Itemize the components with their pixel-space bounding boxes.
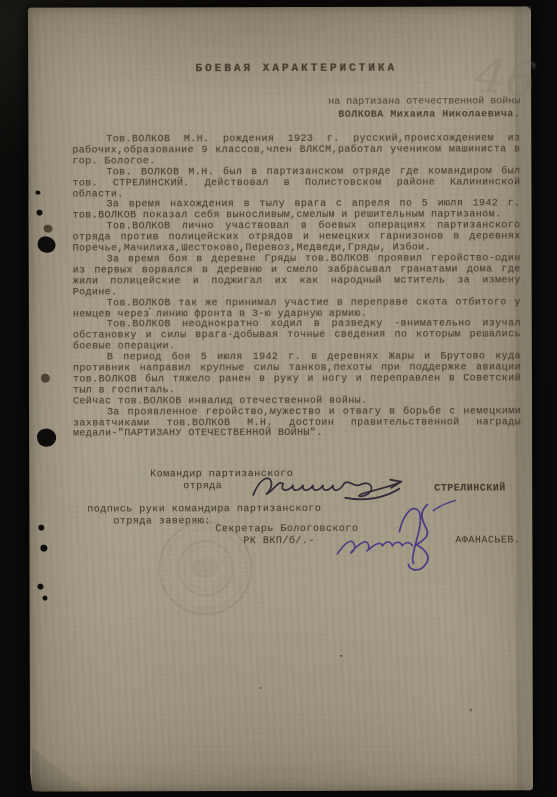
paper-speck [149,307,151,309]
body-paragraph: Тов.ВОЛКОВ лично участвовал в боевых опе… [73,222,521,256]
punch-hole [36,427,57,448]
paper-speck [470,709,472,712]
body-paragraph: В период боя 5 июля 1942 г. в деревнях Ж… [73,352,521,397]
punch-hole [38,525,44,531]
body-paragraph: За время боя в деревне Гряды тов.ВОЛКОВ … [73,254,521,299]
body-paragraph: Тов.ВОЛКОВ М.Н. рождения 1923 г. русский… [72,134,520,168]
punch-hole [37,584,43,590]
paper-sheet: 46 БОЕВАЯ ХАРАКТЕРИСТИКА на партизана от… [28,6,533,791]
subject-line-1: на партизана отечественной войны [72,96,520,110]
document-body: БОЕВАЯ ХАРАКТЕРИСТИКА на партизана отече… [72,62,521,441]
subject-block: на партизана отечественной войны ВОЛКОВА… [72,96,520,122]
body-paragraph: Тов.ВОЛКОВ так же принимал участие в пер… [73,298,521,321]
punch-hole [35,191,40,195]
document-title: БОЕВАЯ ХАРАКТЕРИСТИКА [72,62,520,75]
punch-hole [36,235,57,254]
subject-line-2: ВОЛКОВА Михаила Николаевича. [72,109,520,123]
paper-speck [340,655,343,657]
punch-hole [41,374,50,383]
scanned-document-page: 46 БОЕВАЯ ХАРАКТЕРИСТИКА на партизана от… [0,0,557,797]
body-paragraph: Тов.ВОЛКОВ неоднократно ходил в разведку… [73,320,521,354]
punch-hole [37,210,43,216]
secretary-title-line1: Секретарь Бологовского [215,524,358,535]
commander-title-line1: Командир партизанского [150,469,293,480]
round-ink-stamp [143,508,267,629]
paper-speck [260,687,262,689]
commander-ink-signature [247,465,417,509]
secretary-name: АФАНАСЬЕВ. [455,535,520,546]
body-paragraph: Тов. ВОЛКОВ М.Н. был в партизанском отря… [72,167,520,201]
attest-line2: отряда заверяю: [113,516,211,527]
punch-hole [44,225,53,233]
attest-line1: подпись руки командира партизанского [87,504,321,516]
secretary-ink-signature [335,500,463,578]
punch-hole [43,596,48,601]
secretary-title-line2: РК ВКП/б/.- [243,536,315,547]
commander-title-line2: отряда [183,481,222,492]
body-paragraph: За время нахождения в тылу врага с апрел… [72,200,520,223]
body-paragraph: За проявленное геройство,мужество и отва… [73,407,521,441]
punch-hole [40,545,47,552]
commander-name: СТРЕЛИНСКИЙ [434,483,506,494]
corner-fold-shadow [32,748,90,792]
paragraphs: Тов.ВОЛКОВ М.Н. рождения 1923 г. русский… [72,134,521,441]
